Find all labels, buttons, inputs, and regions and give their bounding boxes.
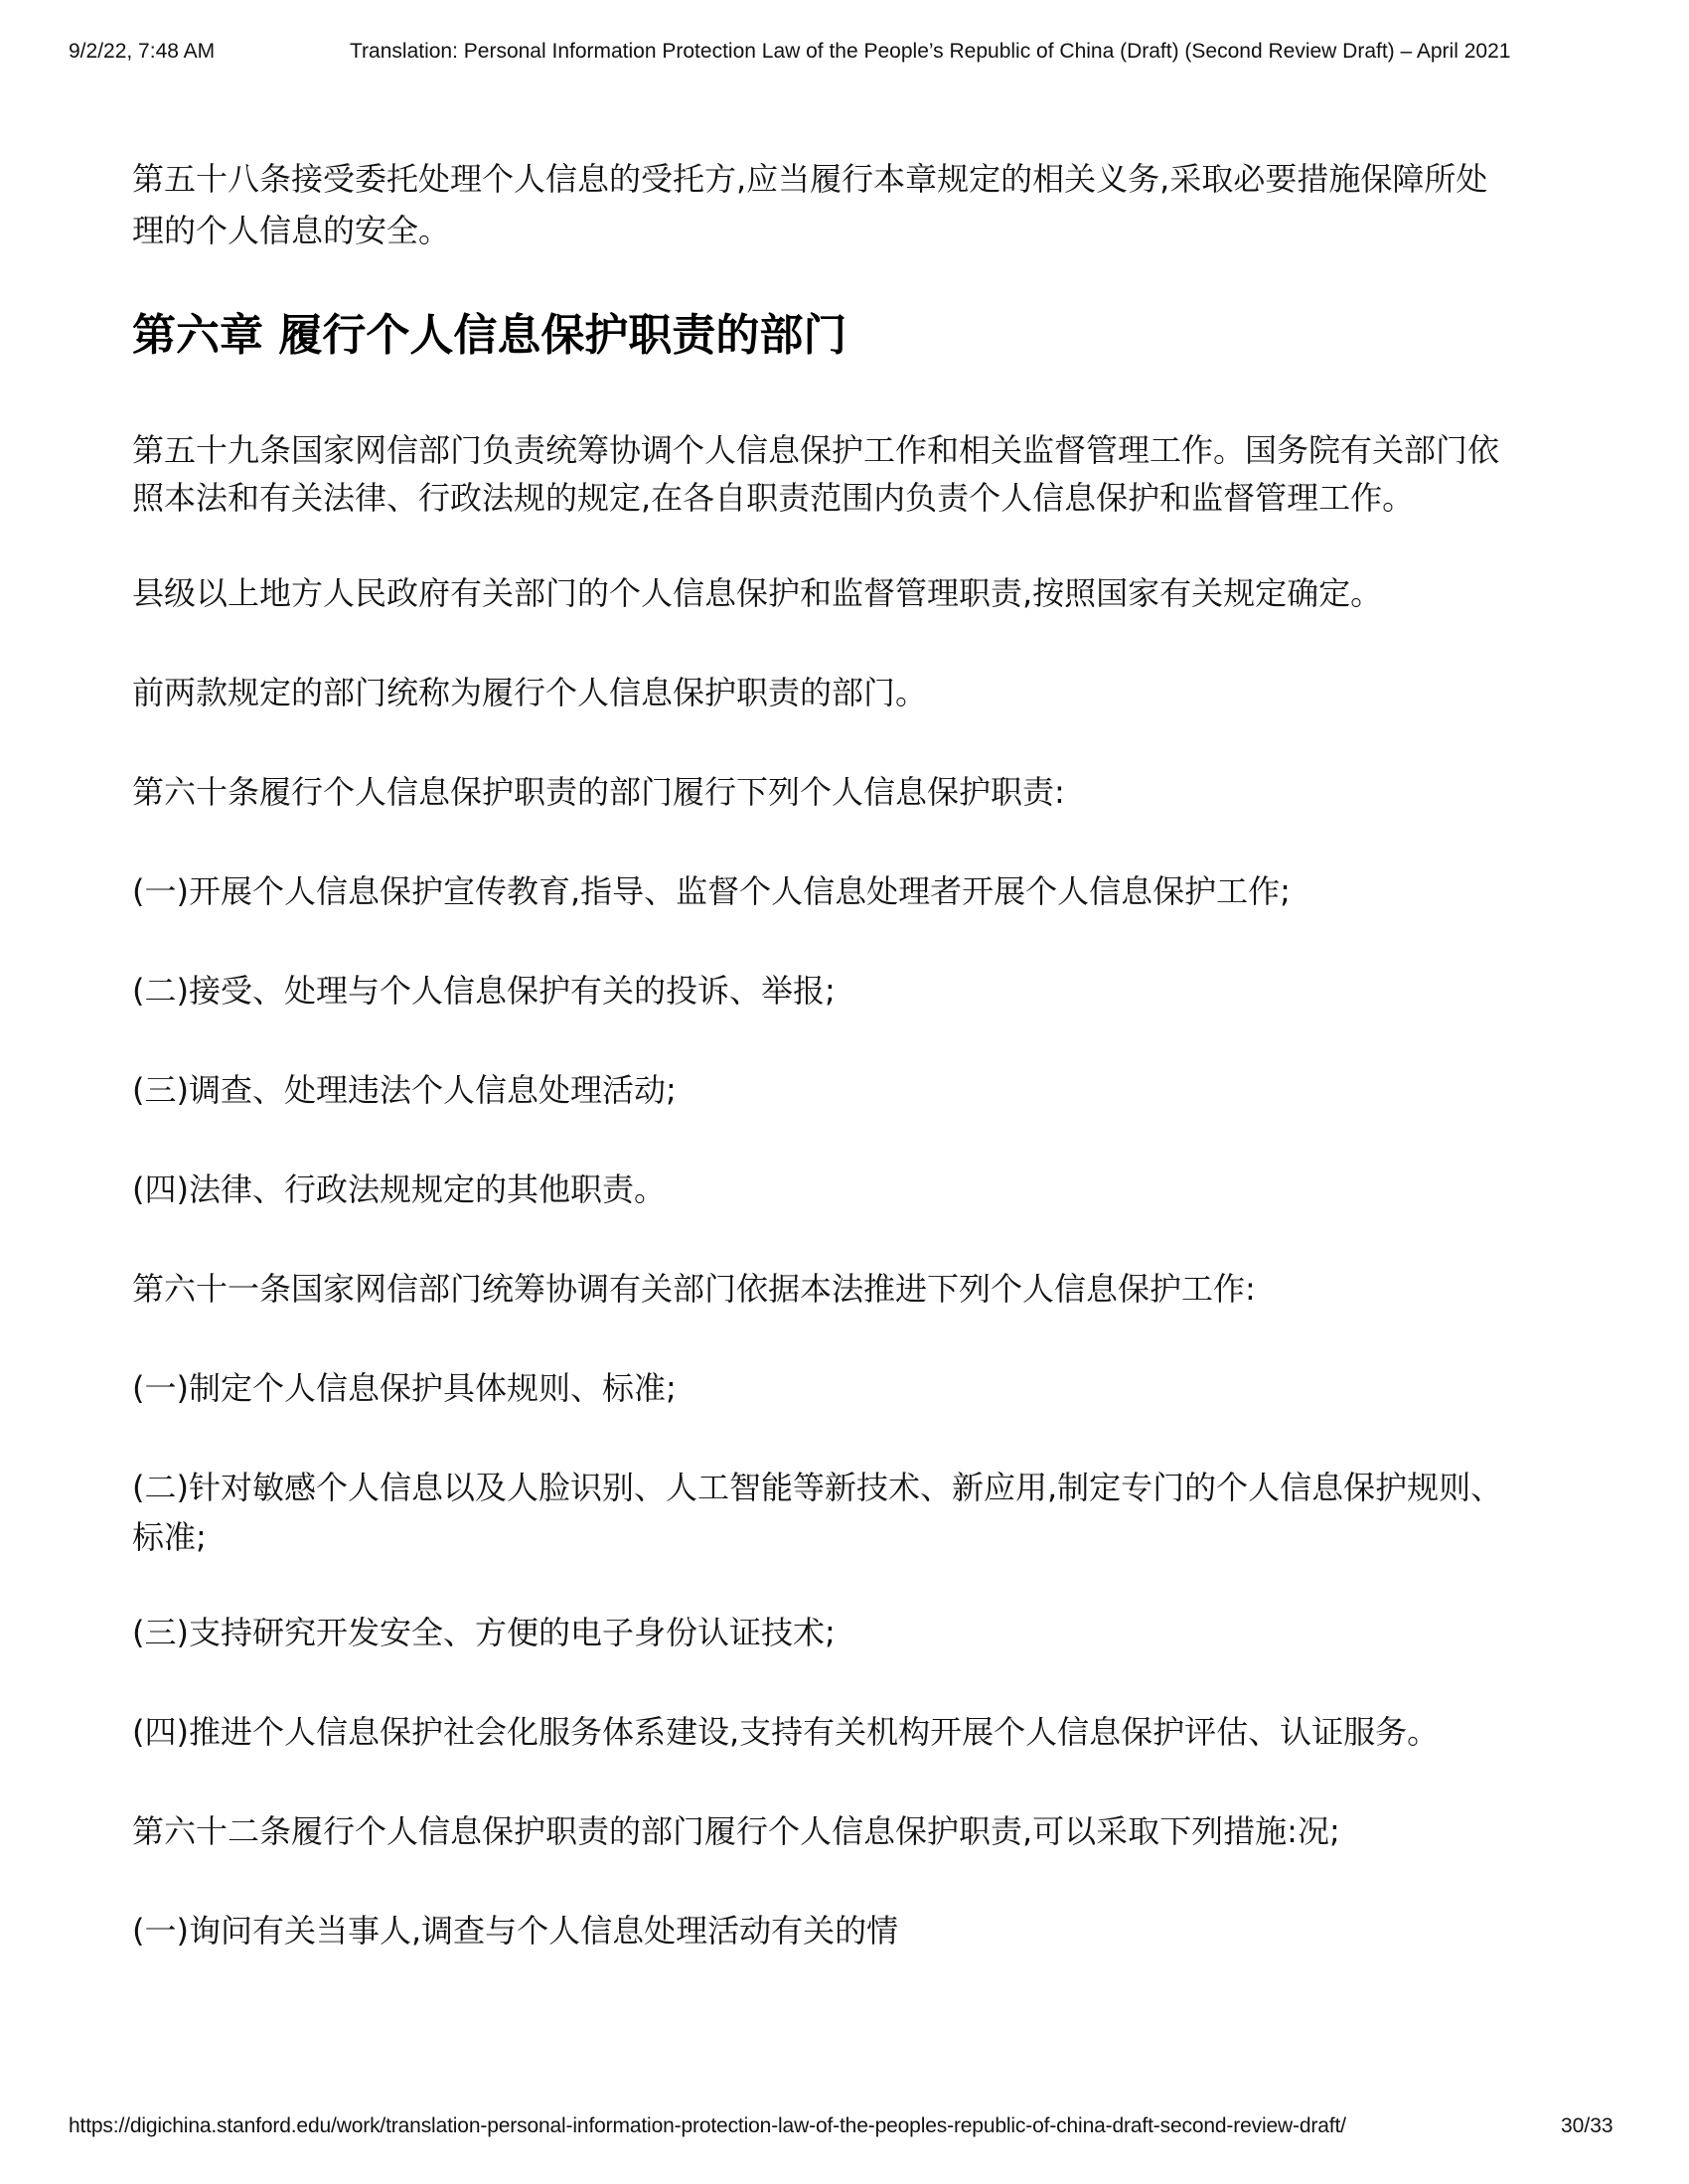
paragraph-local-govt: 县级以上地方人民政府有关部门的个人信息保护和监督管理职责,按照国家有关规定确定。: [132, 567, 1563, 619]
paragraph-article-59-line-2: 照本法和有关法律、行政法规的规定,在各自职责范围内负责个人信息保护和监督管理工作…: [132, 472, 1563, 524]
list-item-60-1: (一)开展个人信息保护宣传教育,指导、监督个人信息处理者开展个人信息保护工作;: [132, 865, 1563, 917]
list-item-60-4: (四)法律、行政法规规定的其他职责。: [132, 1164, 1563, 1215]
paragraph-departments-defined: 前两款规定的部门统称为履行个人信息保护职责的部门。: [132, 667, 1563, 718]
paragraph-article-62: 第六十二条履行个人信息保护职责的部门履行个人信息保护职责,可以采取下列措施:况;: [132, 1805, 1563, 1857]
paragraph-article-59-line-1: 第五十九条国家网信部门负责统筹协调个人信息保护工作和相关监督管理工作。国务院有关…: [132, 424, 1563, 476]
paragraph-article-60: 第六十条履行个人信息保护职责的部门履行下列个人信息保护职责:: [132, 766, 1563, 818]
chapter-heading: 第六章 履行个人信息保护职责的部门: [132, 308, 846, 364]
list-item-61-2-line-2: 标准;: [132, 1511, 1563, 1563]
list-item-61-4: (四)推进个人信息保护社会化服务体系建设,支持有关机构开展个人信息保护评估、认证…: [132, 1706, 1563, 1758]
list-item-62-1: (一)询问有关当事人,调查与个人信息处理活动有关的情: [132, 1905, 1563, 1956]
print-date: 9/2/22, 7:48 AM: [69, 40, 215, 64]
list-item-61-1: (一)制定个人信息保护具体规则、标准;: [132, 1362, 1563, 1414]
list-item-61-2-line-1: (二)针对敏感个人信息以及人脸识别、人工智能等新技术、新应用,制定专门的个人信息…: [132, 1462, 1563, 1513]
list-item-60-2: (二)接受、处理与个人信息保护有关的投诉、举报;: [132, 965, 1563, 1016]
page-number: 30/33: [1561, 2114, 1613, 2138]
paragraph-article-58-line-2: 理的个人信息的安全。: [132, 205, 1563, 256]
document-title: Translation: Personal Information Protec…: [350, 40, 1510, 64]
source-url: https://digichina.stanford.edu/work/tran…: [69, 2114, 1346, 2138]
list-item-60-3: (三)调查、处理违法个人信息处理活动;: [132, 1064, 1563, 1116]
print-footer: https://digichina.stanford.edu/work/tran…: [0, 2114, 1689, 2144]
list-item-61-3: (三)支持研究开发安全、方便的电子身份认证技术;: [132, 1607, 1563, 1658]
paragraph-article-58-line-1: 第五十八条接受委托处理个人信息的受托方,应当履行本章规定的相关义务,采取必要措施…: [132, 153, 1563, 205]
paragraph-article-61: 第六十一条国家网信部门统筹协调有关部门依据本法推进下列个人信息保护工作:: [132, 1263, 1563, 1315]
print-header: 9/2/22, 7:48 AM Translation: Personal In…: [0, 40, 1689, 70]
